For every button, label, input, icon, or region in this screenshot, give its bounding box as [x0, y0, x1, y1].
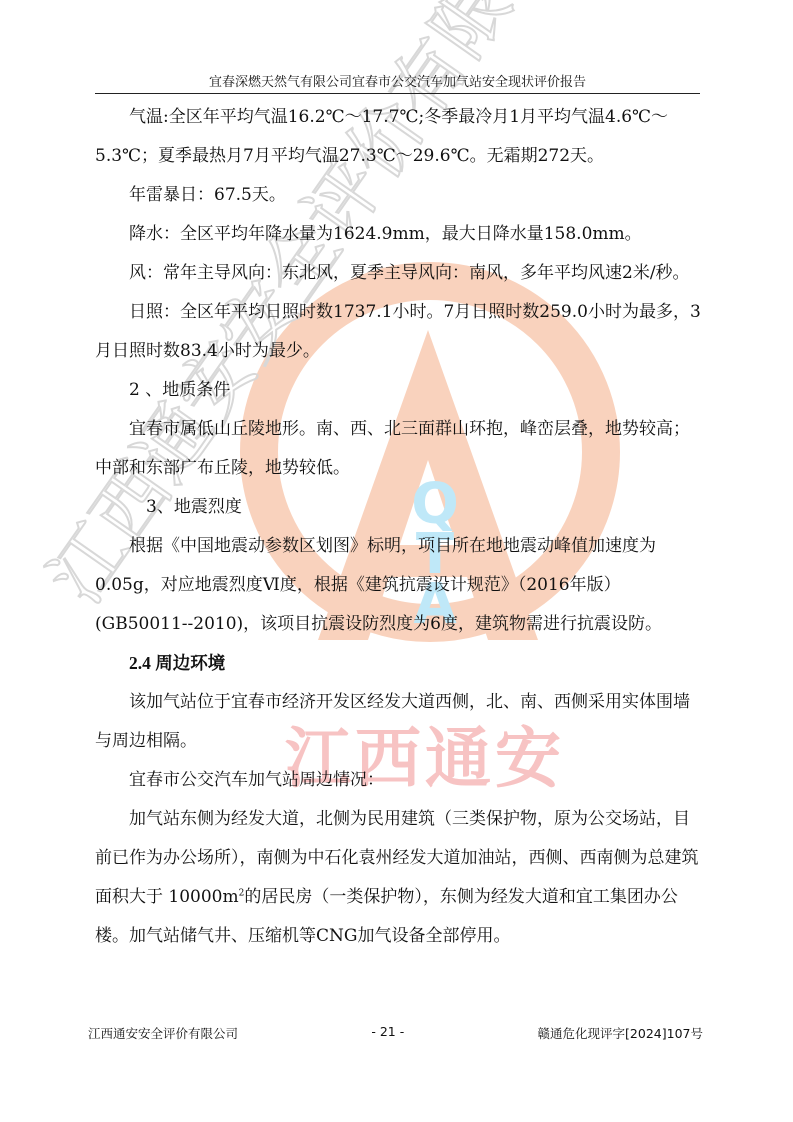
paragraph-wind: 风：常年主导风向：东北风，夏季主导风向：南风，多年平均风速2米/秒。	[95, 254, 705, 293]
paragraph-sunshine: 日照：全区年平均日照时数1737.1小时。7月日照时数259.0小时为最多，3月…	[95, 293, 705, 371]
header-title: 宜春深燃天然气有限公司宜春市公交汽车加气站安全现状评价报告	[209, 75, 586, 90]
paragraph-precipitation: 降水：全区平均年降水量为1624.9mm，最大日降水量158.0mm。	[95, 215, 705, 254]
subheading-geology: 2 、地质条件	[95, 371, 705, 410]
page-header: 宜春深燃天然气有限公司宜春市公交汽车加气站安全现状评价报告	[95, 74, 700, 94]
section-heading-surroundings: 2.4 周边环境	[95, 644, 705, 683]
page-footer: 江西通安安全评价有限公司 - 21 - 赣通危化现评字[2024]107号	[88, 1024, 703, 1042]
paragraph-temperature: 气温:全区年平均气温16.2℃～17.7℃;冬季最冷月1月平均气温4.6℃～5.…	[95, 98, 705, 176]
footer-company: 江西通安安全评价有限公司	[88, 1024, 238, 1042]
subheading-seismic: 3、地震烈度	[95, 488, 705, 527]
document-body: 气温:全区年平均气温16.2℃～17.7℃;冬季最冷月1月平均气温4.6℃～5.…	[95, 98, 705, 956]
paragraph-geology: 宜春市属低山丘陵地形。南、西、北三面群山环抱，峰峦层叠，地势较高；中部和东部广布…	[95, 410, 705, 488]
footer-page-number: - 21 -	[371, 1024, 404, 1042]
paragraph-location: 该加气站位于宜春市经济开发区经发大道西侧，北、南、西侧采用实体围墙与周边相隔。	[95, 683, 705, 761]
paragraph-seismic: 根据《中国地震动参数区划图》标明，项目所在地地震动峰值加速度为0.05g，对应地…	[95, 527, 705, 644]
paragraph-surroundings-detail: 加气站东侧为经发大道，北侧为民用建筑（三类保护物，原为公交场站，目前已作为办公场…	[95, 800, 705, 956]
paragraph-surroundings-intro: 宜春市公交汽车加气站周边情况：	[95, 761, 705, 800]
footer-doc-number: 赣通危化现评字[2024]107号	[538, 1024, 703, 1042]
paragraph-thunderstorm: 年雷暴日：67.5天。	[95, 176, 705, 215]
